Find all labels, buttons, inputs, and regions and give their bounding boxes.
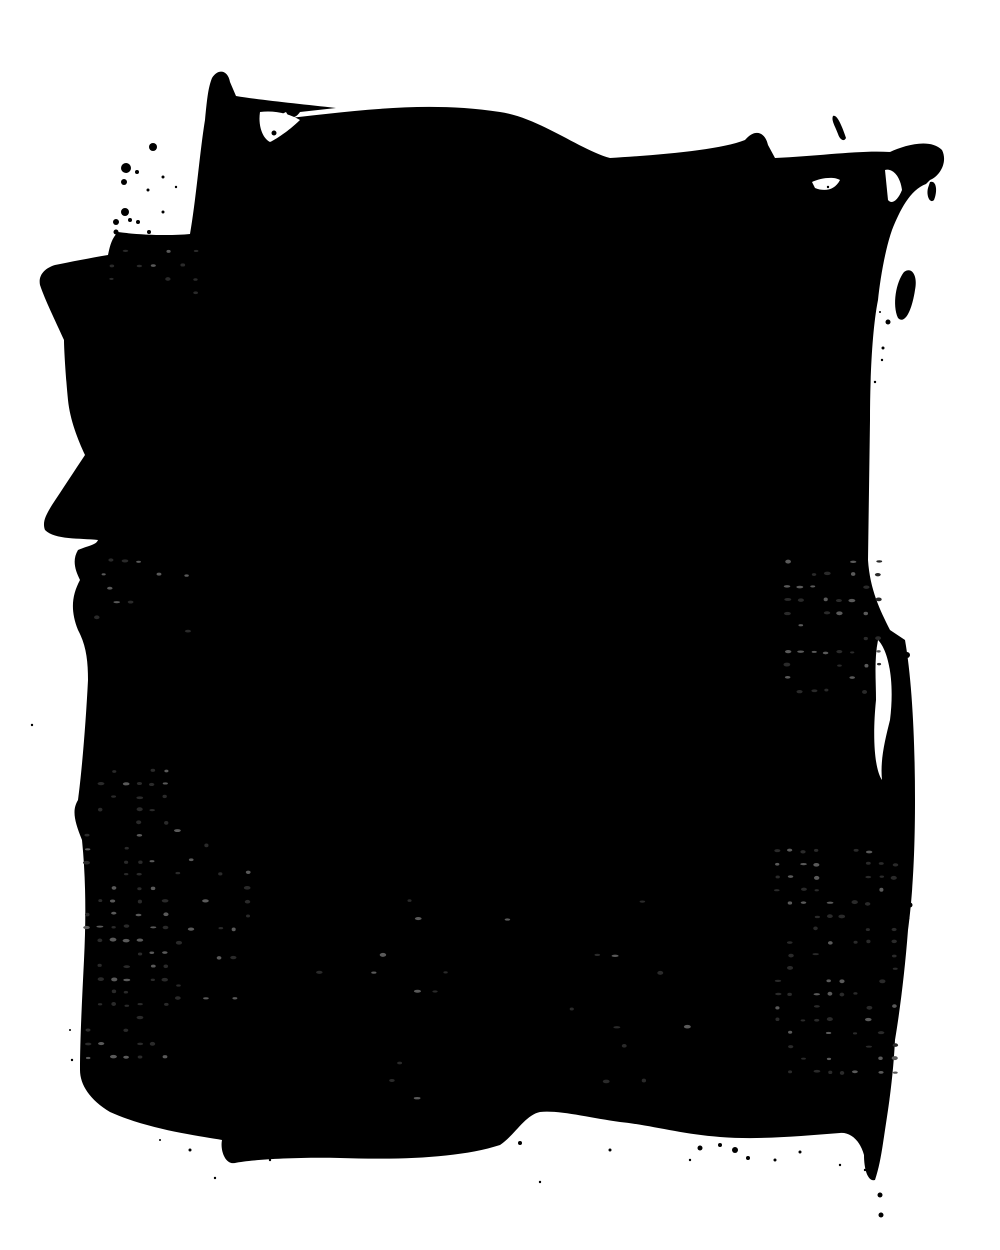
- brush-stroke-blob: [40, 72, 944, 1181]
- ink-artwork: [0, 0, 1000, 1250]
- grunge-ink-canvas: Black grunge ink brush-stroke rectangle …: [0, 0, 1000, 1250]
